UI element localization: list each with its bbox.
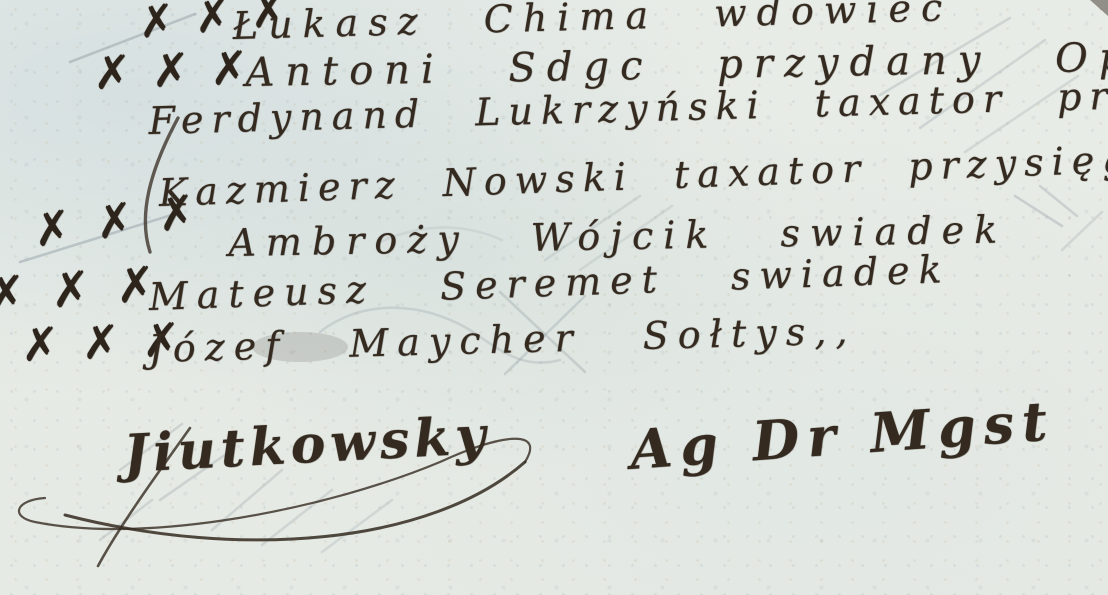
line-7-text: Józef Maycher Sołtys,, (148, 308, 857, 371)
x-marks-line-5: ✗ ✗ ✗ (30, 184, 203, 258)
x-marks-line-2: ✗ ✗ ✗ (92, 40, 251, 99)
manuscript-page: ✗ ✗ ✗ Łukasz Chima wdowiec ✗ ✗ ✗ Antoni … (0, 0, 1108, 595)
signature-right: Ag Dr Mgst (628, 388, 1057, 482)
signature-left: Jiutkowsky (122, 405, 492, 485)
line-4-text: Kazmierz Nowski taxator przysięgły (158, 135, 1108, 215)
